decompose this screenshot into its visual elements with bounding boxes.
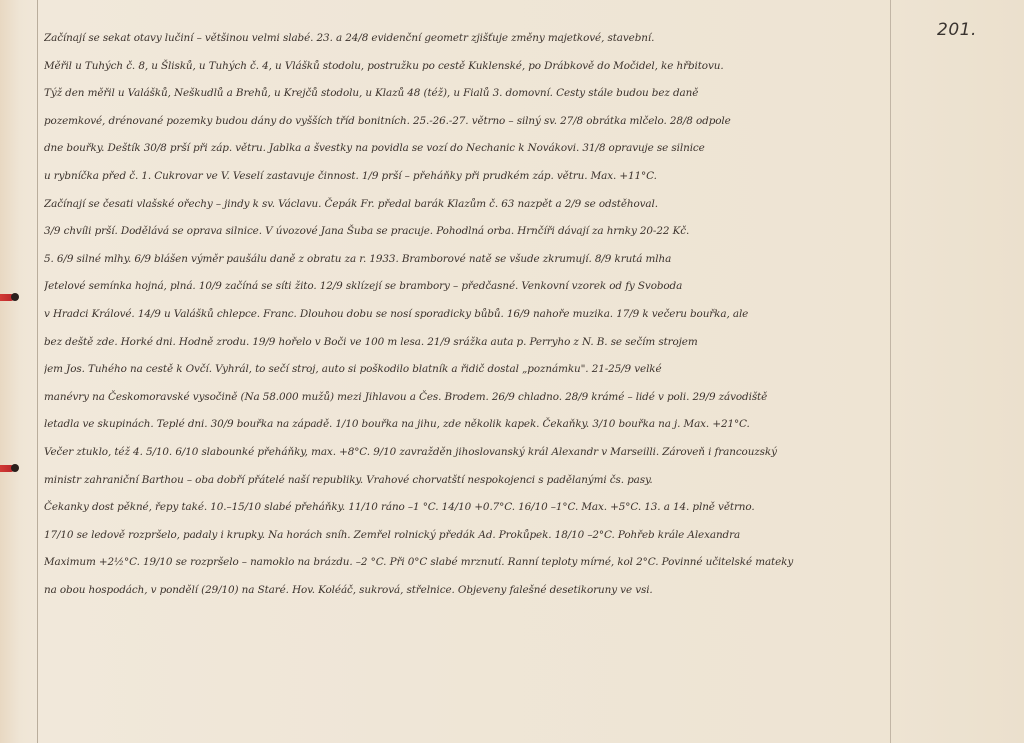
page-number: 201. [937,20,977,40]
entry-line: dne bouřky. Deštík 30/8 prší při záp. vě… [44,135,890,163]
entry-line: letadla ve skupinách. Teplé dni. 30/9 bo… [44,411,890,439]
binding-thread-bottom [0,465,14,472]
binding-thread-top [0,294,14,301]
entry-line: na obou hospodách, v pondělí (29/10) na … [44,577,890,605]
entry-line: 5. 6/9 silné mlhy. 6/9 blášen výměr pauš… [44,246,890,274]
entry-line: pozemkové, drénované pozemky budou dány … [44,108,890,136]
entry-line: manévry na Českomoravské vysočině (Na 58… [44,384,890,412]
entry-line: v Hradci Králové. 14/9 u Valášků chlepce… [44,301,890,329]
entry-line: u rybníčka před č. 1. Cukrovar ve V. Ves… [44,163,890,191]
entry-line: bez deště zde. Horké dni. Hodně zrodu. 1… [44,329,890,357]
left-margin-rule [37,0,38,743]
entry-line: ministr zahraniční Barthou – oba dobří p… [44,467,890,495]
entry-line: Maximum +2½°C. 19/10 se rozpršelo – namo… [44,549,890,577]
entry-line: 17/10 se ledově rozpršelo, padaly i krup… [44,522,890,550]
entry-line: Jetelové semínka hojná, plná. 10/9 začín… [44,273,890,301]
entry-line: jem Jos. Tuhého na cestě k Ovčí. Vyhrál,… [44,356,890,384]
entry-line: 3/9 chvíli prší. Dodělává se oprava siln… [44,218,890,246]
right-margin-rule [890,0,891,743]
entry-line: Týž den měřil u Valášků, Neškudlů a Breh… [44,80,890,108]
entry-line: Měřil u Tuhých č. 8, u Šlisků, u Tuhých … [44,53,890,81]
entry-line: Začínají se sekat otavy lučiní – většino… [44,25,890,53]
diary-page: 201. Začínají se sekat otavy lučiní – vě… [0,0,1024,743]
thread-knot [11,464,19,472]
entry-line: Začínají se česati vlašské ořechy – jind… [44,191,890,219]
entry-line: Večer ztuklo, též 4. 5/10. 6/10 slabounk… [44,439,890,467]
thread-knot [11,293,19,301]
entry-line: Čekanky dost pěkné, řepy také. 10.–15/10… [44,494,890,522]
handwritten-entries: Začínají se sekat otavy lučiní – většino… [44,25,890,604]
